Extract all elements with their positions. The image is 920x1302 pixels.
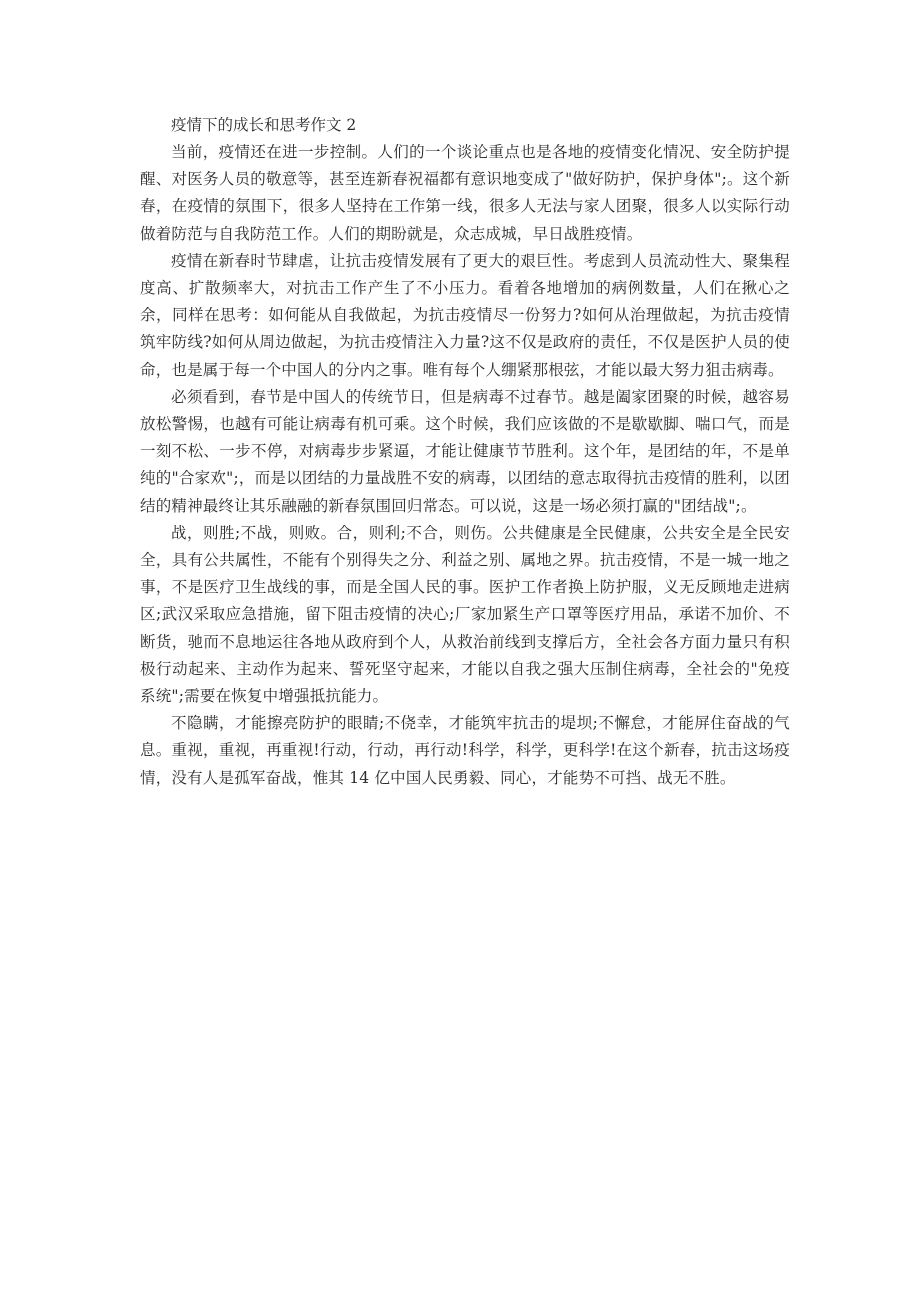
document-title: 疫情下的成长和思考作文 2 [140,112,790,139]
document-page: 疫情下的成长和思考作文 2 当前，疫情还在进一步控制。人们的一个谈论重点也是各地… [140,112,790,792]
paragraph-4: 战，则胜;不战，则败。合，则利;不合，则伤。公共健康是全民健康，公共安全是全民安… [140,520,790,710]
paragraph-3: 必须看到，春节是中国人的传统节日，但是病毒不过春节。越是阖家团聚的时候，越容易放… [140,384,790,520]
paragraph-1: 当前，疫情还在进一步控制。人们的一个谈论重点也是各地的疫情变化情况、安全防护提醒… [140,139,790,248]
paragraph-5: 不隐瞒，才能擦亮防护的眼睛;不侥幸，才能筑牢抗击的堤坝;不懈怠，才能屏住奋战的气… [140,710,790,792]
paragraph-2: 疫情在新春时节肆虐，让抗击疫情发展有了更大的艰巨性。考虑到人员流动性大、聚集程度… [140,248,790,384]
